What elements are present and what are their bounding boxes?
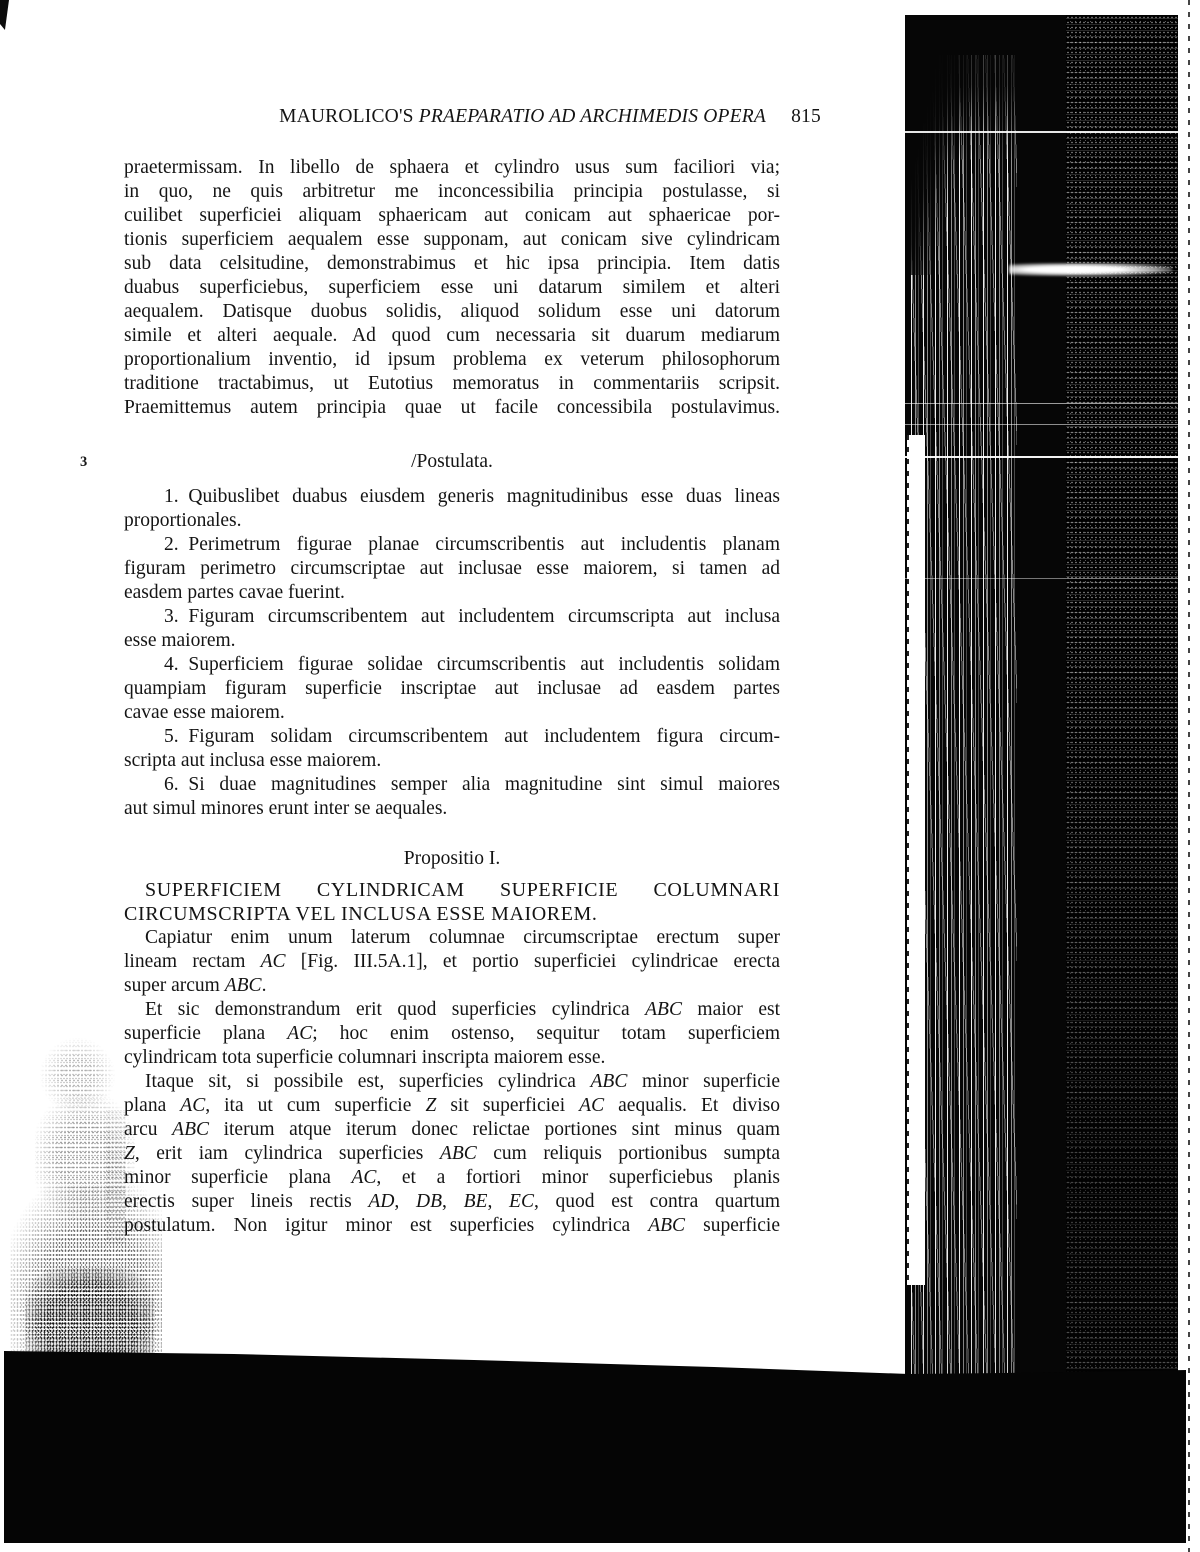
text-line: 6. Si duae magnitudines semper alia magn…	[124, 773, 780, 797]
text-line: Itaque sit, si possibile est, superficie…	[124, 1070, 780, 1094]
text-line: cuilibet superficiei aliquam sphaericam …	[124, 204, 780, 228]
scan-bottom-black-band	[4, 1346, 1186, 1543]
text-line: proportionalium inventio, id ipsum probl…	[124, 348, 780, 372]
running-head: MAUROLICO'S PRAEPARATIO AD ARCHIMEDIS OP…	[230, 106, 870, 128]
text-line: praetermissam. In libello de sphaera et …	[124, 156, 780, 180]
text-line: tionis superficiem aequalem esse suppona…	[124, 228, 780, 252]
text-line: aequalem. Datisque duobus solidis, aliqu…	[124, 300, 780, 324]
scan-bright-line	[905, 578, 1178, 579]
text-line: in quo, ne quis arbitretur me inconcessi…	[124, 180, 780, 204]
text-line: Capiatur enim unum laterum columnae circ…	[124, 926, 780, 950]
text-line: sub data celsitudine, demonstrabimus et …	[124, 252, 780, 276]
scan-bright-line	[905, 131, 1178, 133]
text-line: lineam rectam AC [Fig. III.5A.1], et por…	[124, 950, 780, 974]
text-line: erectis super lineis rectis AD, DB, BE, …	[124, 1190, 780, 1214]
text-line: Et sic demonstrandum erit quod superfici…	[124, 998, 780, 1022]
text-line: postulatum. Non igitur minor est superfi…	[124, 1214, 780, 1238]
text-line: esse maiorem.	[124, 629, 780, 653]
text-line: quampiam figuram superficie inscriptae a…	[124, 677, 780, 701]
text-line: scripta aut inclusa esse maiorem.	[124, 749, 780, 773]
text-line: proportionales.	[124, 509, 780, 533]
text-line: traditione tractabimus, ut Eutotius memo…	[124, 372, 780, 396]
text-line: aut simul minores erunt inter se aequale…	[124, 797, 780, 821]
section-heading-text: /Postulata.	[411, 451, 493, 472]
text-line: 4. Superficiem figurae solidae circumscr…	[124, 653, 780, 677]
scanned-page: { "colors": { "ink": "#141414", "paper":…	[0, 0, 1200, 1552]
running-head-author: MAUROLICO'S	[279, 106, 414, 127]
text-column: praetermissam. In libello de sphaera et …	[124, 156, 780, 1238]
scan-noise-blob	[25, 1268, 155, 1366]
running-head-title: PRAEPARATIO AD ARCHIMEDIS OPERA	[419, 106, 766, 127]
text-line: arcu ABC iterum atque iterum donec relic…	[124, 1118, 780, 1142]
text-line: Z, erit iam cylindrica superficies ABC c…	[124, 1142, 780, 1166]
text-line: 5. Figuram solidam circumscribentem aut …	[124, 725, 780, 749]
text-line: minor superficie plana AC, et a fortiori…	[124, 1166, 780, 1190]
scan-gap-strip	[907, 435, 925, 1285]
text-line: figuram perimetro circumscriptae aut inc…	[124, 557, 780, 581]
text-line: CIRCUMSCRIPTA VEL INCLUSA ESSE MAIOREM.	[124, 902, 780, 926]
book-board-texture	[1066, 15, 1178, 1543]
binding-dash-line	[1188, 0, 1190, 1552]
page-number: 815	[791, 106, 821, 127]
text-line: 2. Perimetrum figurae planae circumscrib…	[124, 533, 780, 557]
section-heading: /Postulata.3	[124, 450, 780, 474]
text-line: cavae esse maiorem.	[124, 701, 780, 725]
book-edge-scan-area	[905, 15, 1178, 1543]
page-edges-shadow	[911, 55, 1017, 275]
margin-line-number: 3	[80, 452, 98, 472]
text-line: 1. Quibuslibet duabus eiusdem generis ma…	[124, 485, 780, 509]
section-heading-text: Propositio I.	[404, 848, 500, 869]
scan-bright-line	[905, 403, 1178, 404]
text-line: superficie plana AC; hoc enim ostenso, s…	[124, 1022, 780, 1046]
text-line: simile et alteri aequale. Ad quod cum ne…	[124, 324, 780, 348]
page-edges-streaks	[911, 55, 1017, 1543]
text-line: SUPERFICIEM CYLINDRICAM SUPERFICIE COLUM…	[124, 878, 780, 902]
section-heading: Propositio I.	[124, 847, 780, 871]
text-line: 3. Figuram circumscribentem aut includen…	[124, 605, 780, 629]
text-line: cylindricam tota superficie columnari in…	[124, 1046, 780, 1070]
text-line: plana AC, ita ut cum superficie Z sit su…	[124, 1094, 780, 1118]
text-line: duabus superficiebus, superficiem esse u…	[124, 276, 780, 300]
scan-bright-line	[905, 456, 1178, 458]
text-line: easdem partes cavae fuerint.	[124, 581, 780, 605]
scan-bright-line	[905, 424, 1178, 425]
text-line: Praemittemus autem principia quae ut fac…	[124, 396, 780, 420]
scan-corner-mark	[0, 0, 9, 30]
scan-bright-band	[1009, 263, 1172, 276]
text-line: super arcum ABC.	[124, 974, 780, 998]
